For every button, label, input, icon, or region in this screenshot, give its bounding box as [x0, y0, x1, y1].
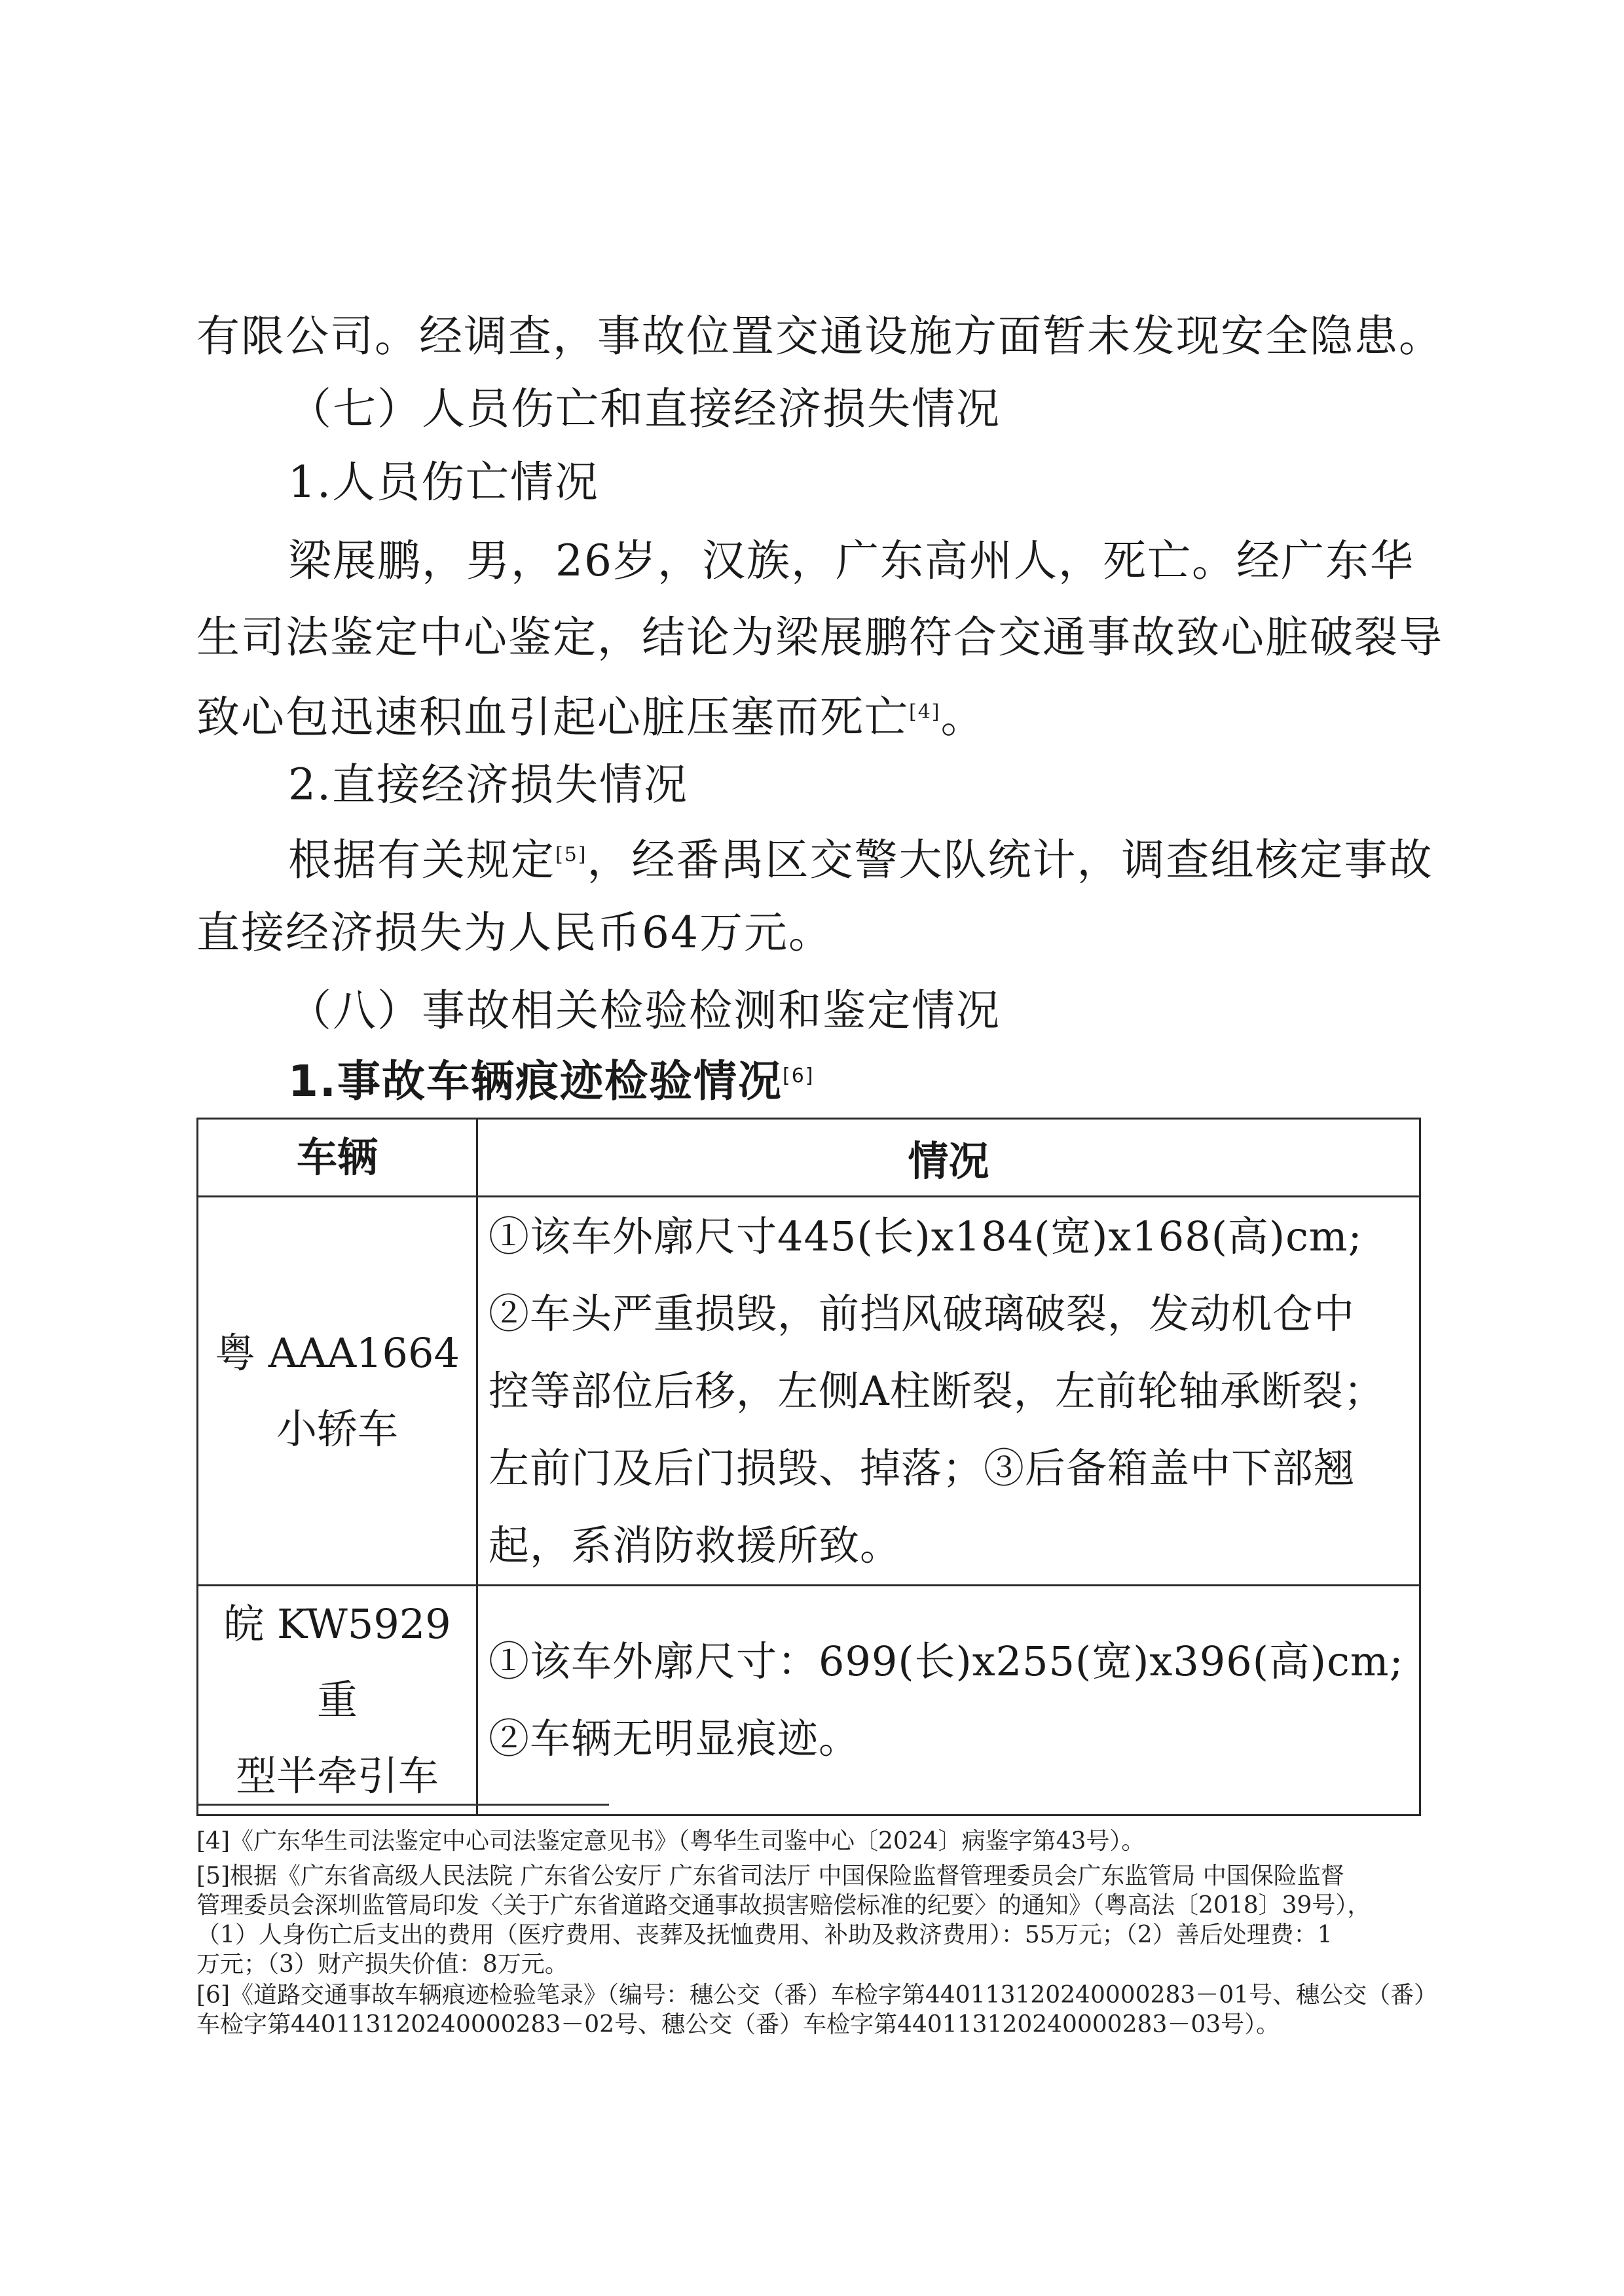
footnote-divider — [196, 1804, 609, 1806]
header-vehicle: 车辆 — [198, 1119, 477, 1197]
footnote-ref-4[interactable]: [4] — [909, 701, 941, 723]
detail-line: ①该车外廓尺寸：699(长)x255(宽)x396(高)cm; — [489, 1623, 1409, 1700]
table-row: 粤 AAA1664 小轿车 ①该车外廓尺寸445(长)x184(宽)x168(高… — [198, 1197, 1420, 1586]
vehicle-cell: 粤 AAA1664 小轿车 — [198, 1197, 477, 1586]
vehicle-trace-table: 车辆 情况 粤 AAA1664 小轿车 ①该车外廓尺寸445(长)x184(宽)… — [196, 1118, 1421, 1816]
header-details: 情况 — [477, 1119, 1420, 1197]
vehicle-plate: 皖 KW5929 重 — [209, 1586, 466, 1738]
details-cell: ①该车外廓尺寸445(长)x184(宽)x168(高)cm; ②车头严重损毁，前… — [477, 1197, 1420, 1586]
footnote-ref-6[interactable]: [6] — [783, 1065, 815, 1087]
vehicle-plate: 粤 AAA1664 — [209, 1315, 466, 1391]
footnote-6-line-1: [6]《道路交通事故车辆痕迹检验笔录》（编号：穗公交（番）车检字第4401131… — [196, 1980, 1428, 2010]
detail-line: ①该车外廓尺寸445(长)x184(宽)x168(高)cm; — [489, 1198, 1409, 1275]
table-header-row: 车辆 情况 — [198, 1119, 1420, 1197]
period: 。 — [941, 692, 986, 742]
footnote-6-line-2: 车检字第440113120240000283－02号、穗公交（番）车检字第440… — [196, 2010, 1428, 2039]
footnote-ref-5[interactable]: [5] — [555, 843, 587, 866]
casualty-paragraph-line-3: 致心包迅速积血引起心脏压塞而死亡[4]。 — [196, 691, 1428, 744]
details-cell: ①该车外廓尺寸：699(长)x255(宽)x396(高)cm; ②车辆无明显痕迹… — [477, 1586, 1420, 1815]
detail-line: 起，系消防救援所致。 — [489, 1507, 1409, 1584]
vehicle-cell: 皖 KW5929 重 型半牵引车 — [198, 1586, 477, 1815]
section-heading-7: （七）人员伤亡和直接经济损失情况 — [288, 383, 1519, 435]
footnote-5-line-4: 万元；（3）财产损失价值：8万元。 — [196, 1950, 1428, 1979]
section-heading-8: （八）事故相关检验检测和鉴定情况 — [288, 985, 1519, 1037]
loss-text-a: 根据有关规定 — [288, 835, 555, 885]
casualty-paragraph-line-2: 生司法鉴定中心鉴定，结论为梁展鹏符合交通事故致心脏破裂导 — [196, 611, 1428, 664]
footnote-4: [4]《广东华生司法鉴定中心司法鉴定意见书》（粤华生司鉴中心〔2024〕病鉴字第… — [196, 1827, 1428, 1856]
detail-line: 左前门及后门损毁、掉落；③后备箱盖中下部翘 — [489, 1430, 1409, 1507]
subheading-economic-loss: 2.直接经济损失情况 — [288, 759, 1519, 811]
detail-line: ②车头严重损毁，前挡风破璃破裂，发动机仓中 — [489, 1275, 1409, 1353]
casualty-text: 致心包迅速积血引起心脏压塞而死亡 — [196, 692, 909, 742]
loss-paragraph-line-1: 根据有关规定[5]，经番禺区交警大队统计，调查组核定事故 — [288, 834, 1519, 886]
casualty-paragraph-line-1: 梁展鹏，男，26岁，汉族，广东高州人，死亡。经广东华 — [288, 535, 1519, 587]
paragraph-continuation: 有限公司。经调查，事故位置交通设施方面暂未发现安全隐患。 — [196, 310, 1428, 363]
loss-paragraph-line-2: 直接经济损失为人民币64万元。 — [196, 907, 1428, 959]
footnote-5-line-1: [5]根据《广东省高级人民法院 广东省公安厅 广东省司法厅 中国保险监督管理委员… — [196, 1861, 1428, 1891]
detail-line: 控等部位后移，左侧A柱断裂，左前轮轴承断裂； — [489, 1353, 1409, 1430]
subheading-casualties: 1.人员伤亡情况 — [288, 456, 1519, 509]
vehicle-type: 型半牵引车 — [209, 1738, 466, 1814]
loss-text-b: ，经番禺区交警大队统计，调查组核定事故 — [587, 835, 1433, 885]
detail-line: ②车辆无明显痕迹。 — [489, 1700, 1409, 1777]
footnote-5-line-3: （1）人身伤亡后支出的费用（医疗费用、丧葬及抚恤费用、补助及救济费用）：55万元… — [196, 1920, 1428, 1950]
footnote-5-line-2: 管理委员会深圳监管局印发〈关于广东省道路交通事故损害赔偿标准的纪要〉的通知》（粤… — [196, 1891, 1428, 1920]
vehicle-trace-title: 1.事故车辆痕迹检验情况 — [288, 1056, 783, 1106]
table-row: 皖 KW5929 重 型半牵引车 ①该车外廓尺寸：699(长)x255(宽)x3… — [198, 1586, 1420, 1815]
vehicle-type: 小轿车 — [209, 1391, 466, 1467]
subheading-vehicle-trace: 1.事故车辆痕迹检验情况[6] — [288, 1055, 1519, 1108]
